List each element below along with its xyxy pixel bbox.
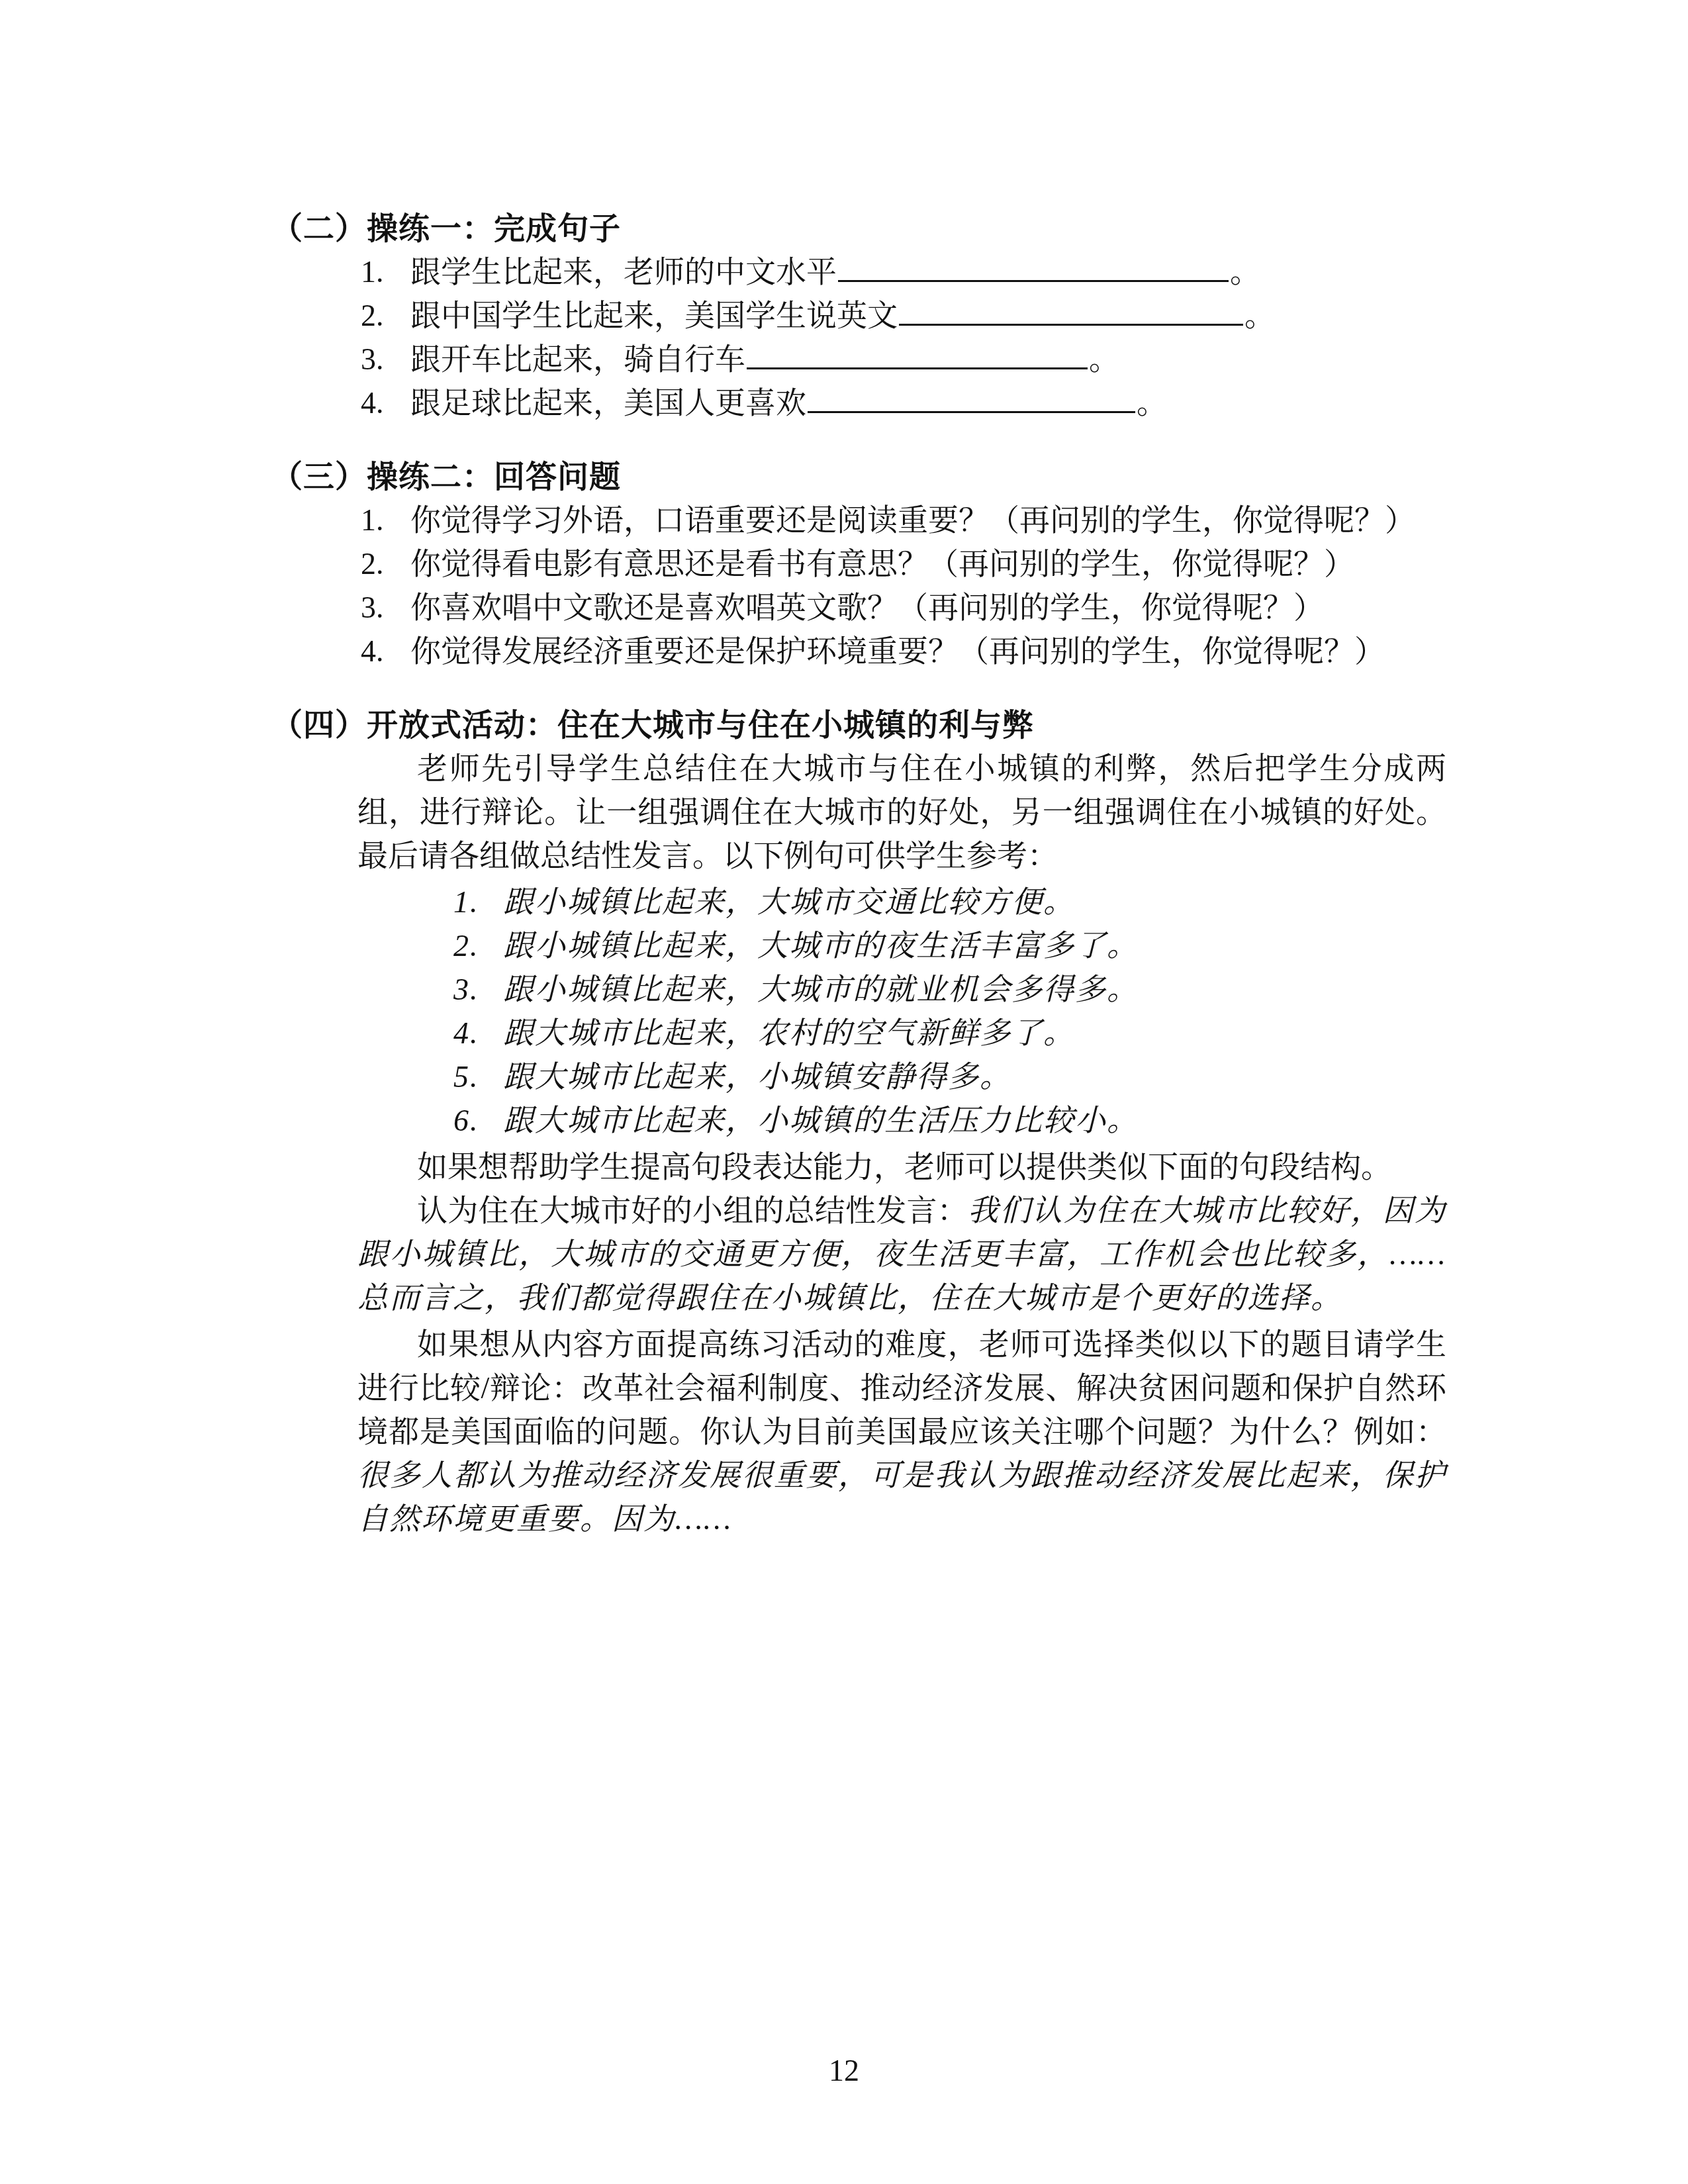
sentence-period: 。 (1230, 255, 1260, 289)
item-text: 跟小城镇比起来，大城市的夜生活丰富多了。 (503, 924, 1446, 968)
item-number: 1. (361, 499, 410, 542)
summary-speech-paragraph: 认为住在大城市好的小组的总结性发言：我们认为住在大城市比较好，因为跟小城镇比，大… (357, 1189, 1446, 1320)
list-item: 2. 你觉得看电影有意思还是看书有意思？（再问别的学生，你觉得呢？） (361, 542, 1446, 586)
example-item: 5. 跟大城市比起来，小城镇安静得多。 (453, 1055, 1446, 1099)
section-two-list: 1. 跟学生比起来，老师的中文水平。 2. 跟中国学生比起来，美国学生说英文。 … (361, 250, 1446, 425)
item-number: 5. (453, 1055, 503, 1099)
example-item: 4. 跟大城市比起来，农村的空气新鲜多了。 (453, 1012, 1446, 1055)
item-text: 跟开车比起来，骑自行车。 (410, 338, 1446, 381)
list-item: 1. 跟学生比起来，老师的中文水平。 (361, 250, 1446, 294)
sentence-period: 。 (1244, 299, 1275, 332)
item-text: 跟小城镇比起来，大城市的就业机会多得多。 (503, 968, 1446, 1012)
extension-lead-text: 如果想从内容方面提高练习活动的难度，老师可选择类似以下的题目请学生进行比较/辩论… (357, 1327, 1446, 1448)
sentence-period: 。 (1137, 386, 1167, 420)
item-text: 跟学生比起来，老师的中文水平。 (410, 250, 1446, 294)
section-exercise-two: （三）操练二：回答问题 1. 你觉得学习外语，口语重要还是阅读重要？（再问别的学… (271, 455, 1446, 673)
item-text: 跟大城市比起来，小城镇安静得多。 (503, 1055, 1446, 1099)
item-text: 跟小城镇比起来，大城市交通比较方便。 (503, 880, 1446, 924)
sentence-stem: 跟足球比起来，美国人更喜欢 (410, 386, 806, 420)
item-number: 6. (453, 1099, 503, 1143)
activity-intro-paragraph: 老师先引导学生总结住在大城市与住在小城镇的利弊，然后把学生分成两组，进行辩论。让… (357, 747, 1446, 878)
fill-in-blank-line (899, 295, 1243, 326)
summary-lead-text: 认为住在大城市好的小组的总结性发言： (417, 1194, 968, 1227)
section-four-heading: （四）开放式活动：住在大城市与住在小城镇的利与弊 (271, 703, 1446, 747)
list-item: 2. 跟中国学生比起来，美国学生说英文。 (361, 294, 1446, 338)
list-item: 3. 你喜欢唱中文歌还是喜欢唱英文歌？（再问别的学生，你觉得呢？） (361, 586, 1446, 630)
item-text: 跟中国学生比起来，美国学生说英文。 (410, 294, 1446, 338)
section-open-activity: （四）开放式活动：住在大城市与住在小城镇的利与弊 老师先引导学生总结住在大城市与… (271, 703, 1446, 1541)
section-exercise-one: （二）操练一：完成句子 1. 跟学生比起来，老师的中文水平。 2. 跟中国学生比… (271, 207, 1446, 425)
section-three-list: 1. 你觉得学习外语，口语重要还是阅读重要？（再问别的学生，你觉得呢？） 2. … (361, 499, 1446, 673)
item-number: 2. (361, 294, 410, 338)
item-number: 3. (361, 338, 410, 381)
item-number: 1. (453, 880, 503, 924)
sentence-stem: 跟中国学生比起来，美国学生说英文 (410, 299, 898, 332)
example-item: 2. 跟小城镇比起来，大城市的夜生活丰富多了。 (453, 924, 1446, 968)
item-text: 你喜欢唱中文歌还是喜欢唱英文歌？（再问别的学生，你觉得呢？） (410, 586, 1446, 630)
sentence-stem: 跟开车比起来，骑自行车 (410, 342, 745, 376)
list-item: 1. 你觉得学习外语，口语重要还是阅读重要？（再问别的学生，你觉得呢？） (361, 499, 1446, 542)
page-number: 12 (0, 2049, 1688, 2093)
example-item: 1. 跟小城镇比起来，大城市交通比较方便。 (453, 880, 1446, 924)
item-number: 3. (453, 968, 503, 1012)
page-content: （二）操练一：完成句子 1. 跟学生比起来，老师的中文水平。 2. 跟中国学生比… (271, 207, 1446, 1541)
item-text: 你觉得看电影有意思还是看书有意思？（再问别的学生，你觉得呢？） (410, 542, 1446, 586)
fill-in-blank-line (838, 251, 1229, 282)
section-three-heading: （三）操练二：回答问题 (271, 455, 1446, 499)
item-text: 跟大城市比起来，小城镇的生活压力比较小。 (503, 1099, 1446, 1143)
list-item: 3. 跟开车比起来，骑自行车。 (361, 338, 1446, 381)
item-number: 2. (361, 542, 410, 586)
list-item: 4. 跟足球比起来，美国人更喜欢。 (361, 381, 1446, 425)
section-two-heading: （二）操练一：完成句子 (271, 207, 1446, 250)
scanned-document-page: （二）操练一：完成句子 1. 跟学生比起来，老师的中文水平。 2. 跟中国学生比… (0, 0, 1688, 2184)
list-item: 4. 你觉得发展经济重要还是保护环境重要？（再问别的学生，你觉得呢？） (361, 630, 1446, 673)
item-number: 2. (453, 924, 503, 968)
example-sentence-list: 1. 跟小城镇比起来，大城市交通比较方便。 2. 跟小城镇比起来，大城市的夜生活… (453, 880, 1446, 1143)
fill-in-blank-line (747, 338, 1088, 369)
example-item: 3. 跟小城镇比起来，大城市的就业机会多得多。 (453, 968, 1446, 1012)
item-text: 跟大城市比起来，农村的空气新鲜多了。 (503, 1012, 1446, 1055)
fill-in-blank-line (808, 382, 1135, 413)
item-number: 3. (361, 586, 410, 630)
item-text: 你觉得学习外语，口语重要还是阅读重要？（再问别的学生，你觉得呢？） (410, 499, 1446, 542)
extension-paragraph: 如果想从内容方面提高练习活动的难度，老师可选择类似以下的题目请学生进行比较/辩论… (357, 1323, 1446, 1541)
teaching-tip-paragraph: 如果想帮助学生提高句段表达能力，老师可以提供类似下面的句段结构。 (357, 1145, 1446, 1189)
item-number: 1. (361, 250, 410, 294)
sentence-stem: 跟学生比起来，老师的中文水平 (410, 255, 837, 289)
item-text: 你觉得发展经济重要还是保护环境重要？（再问别的学生，你觉得呢？） (410, 630, 1446, 673)
extension-example-text: 很多人都认为推动经济发展很重要，可是我认为跟推动经济发展比起来，保护自然环境更重… (357, 1458, 1446, 1536)
item-number: 4. (361, 381, 410, 425)
sentence-period: 。 (1089, 342, 1119, 376)
example-item: 6. 跟大城市比起来，小城镇的生活压力比较小。 (453, 1099, 1446, 1143)
item-number: 4. (453, 1012, 503, 1055)
item-number: 4. (361, 630, 410, 673)
item-text: 跟足球比起来，美国人更喜欢。 (410, 381, 1446, 425)
